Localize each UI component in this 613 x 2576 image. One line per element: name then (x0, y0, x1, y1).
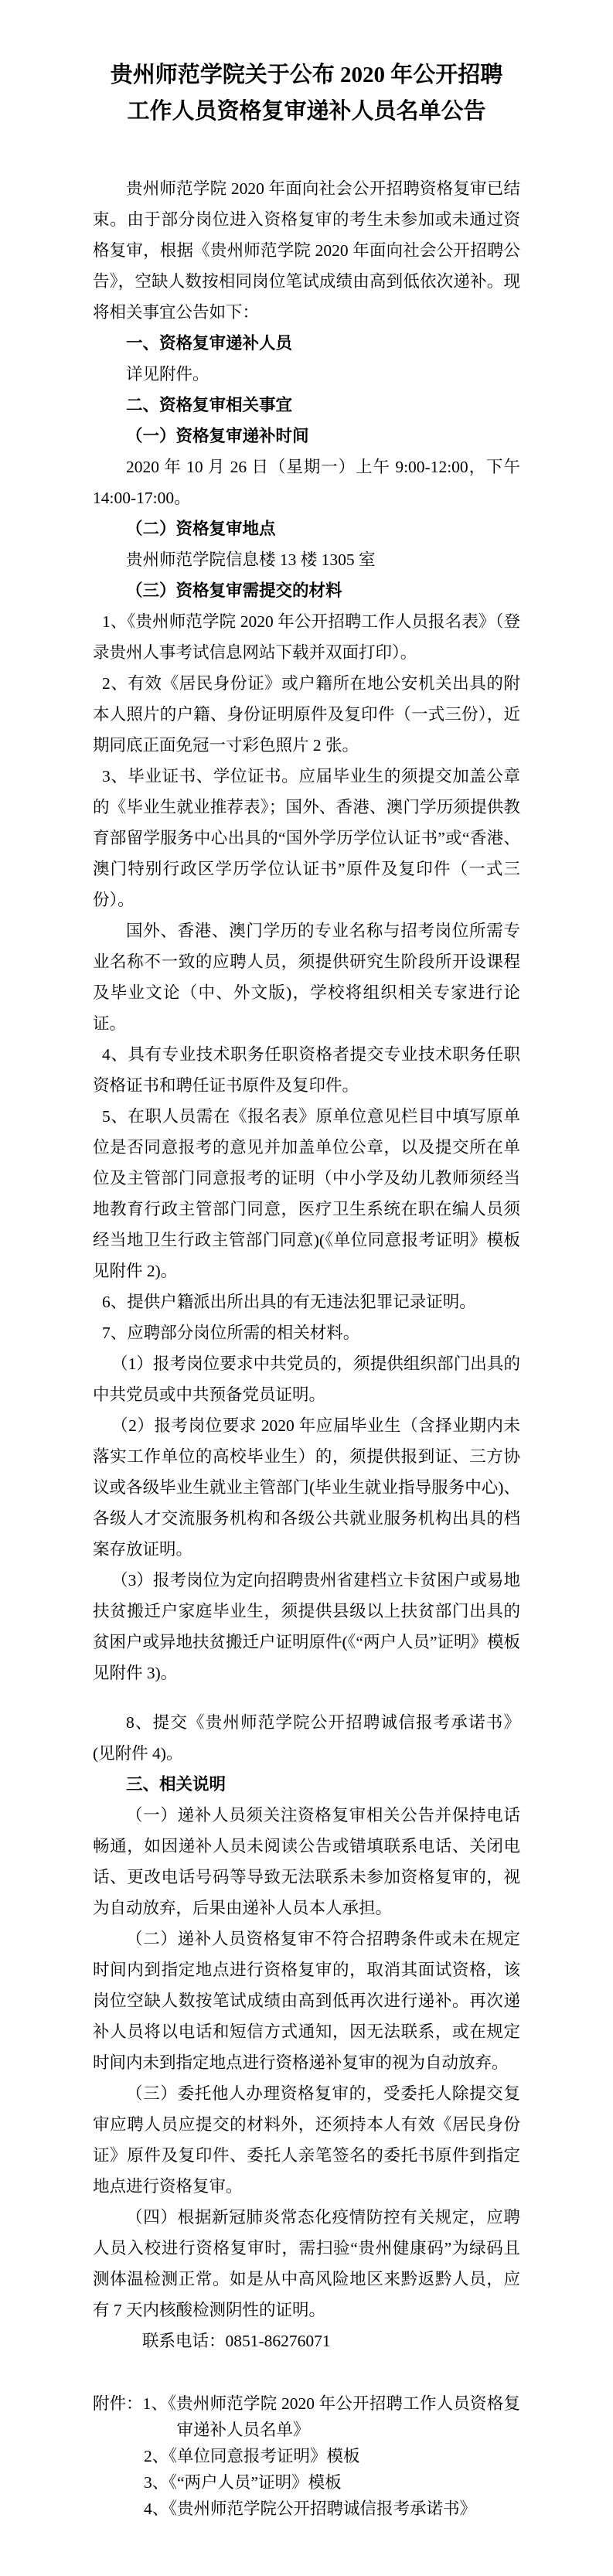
section-1-heading: 一、资格复审递补人员 (93, 328, 520, 359)
material-item-5: 5、在职人员需在《报名表》原单位意见栏目中填写原单位是否同意报考的意见并加盖单位… (93, 1101, 520, 1286)
material-item-7-3: （3）报考岗位为定向招聘贵州省建档立卡贫困户或易地扶贫搬迁户家庭毕业生，须提供县… (93, 1565, 520, 1688)
attachment-item-1: 1、《贵州师范学院 2020 年公开招聘工作人员资格复审递补人员名单》 (143, 2390, 520, 2443)
section-2-3-heading: （三）资格复审需提交的材料 (93, 575, 520, 606)
section-2-heading: 二、资格复审相关事宜 (93, 390, 520, 421)
note-item-4: （四）根据新冠肺炎常态化疫情防控有关规定，应聘人员入校进行资格复审时，需扫验“贵… (93, 2202, 520, 2326)
material-item-7-1: （1）报考岗位要求中共党员的，须提供组织部门出具的中共党员或中共预备党员证明。 (93, 1348, 520, 1410)
material-item-3: 3、毕业证书、学位证书。应届毕业生的须提交加盖公章的《毕业生就业推荐表》；国外、… (93, 761, 520, 915)
review-location: 贵州师范学院信息楼 13 楼 1305 室 (93, 544, 520, 575)
attachment-row-1: 附件： 1、《贵州师范学院 2020 年公开招聘工作人员资格复审递补人员名单》 (93, 2390, 520, 2443)
section-2-1-heading: （一）资格复审递补时间 (93, 421, 520, 451)
document-title-line-2: 工作人员资格复审递补人员名单公告 (93, 94, 520, 130)
see-attachment-note: 详见附件。 (93, 359, 520, 390)
material-item-8: 8、提交《贵州师范学院公开招聘诚信报考承诺书》(见附件 4)。 (93, 1707, 520, 1769)
note-item-3: （三）委托他人办理资格复审的，受委托人除提交复审应聘人员应提交的材料外，还须持本… (93, 2078, 520, 2202)
note-item-1: （一）递补人员须关注资格复审相关公告并保持电话畅通，如因递补人员未阅读公告或错填… (93, 1800, 520, 1923)
material-item-1: 1、《贵州师范学院 2020 年公开招聘工作人员报名表》（登录贵州人事考试信息网… (93, 606, 520, 668)
material-item-2: 2、有效《居民身份证》或户籍所在地公安机关出具的附本人照片的户籍、身份证明原件及… (93, 668, 520, 761)
intro-paragraph: 贵州师范学院 2020 年面向社会公开招聘资格复审已结束。由于部分岗位进入资格复… (93, 173, 520, 328)
document-title-line-1: 贵州师范学院关于公布 2020 年公开招聘 (93, 57, 520, 94)
attachments-label: 附件： (93, 2390, 143, 2417)
material-item-7-2: （2）报考岗位要求 2020 年应届毕业生（含择业期内未落实工作单位的高校毕业生… (93, 1410, 520, 1565)
attachment-item-2: 2、《单位同意报考证明》模板 (144, 2443, 520, 2469)
attachment-item-3: 3、《“两户人员”证明》模板 (144, 2469, 520, 2496)
material-item-6: 6、提供户籍派出所出具的有无违法犯罪记录证明。 (93, 1286, 520, 1317)
section-3-heading: 三、相关说明 (93, 1769, 520, 1800)
section-2-2-heading: （二）资格复审地点 (93, 513, 520, 544)
document-title: 贵州师范学院关于公布 2020 年公开招聘 工作人员资格复审递补人员名单公告 (93, 57, 520, 130)
attachments-list: 附件： 1、《贵州师范学院 2020 年公开招聘工作人员资格复审递补人员名单》 … (93, 2390, 520, 2522)
attachment-item-4: 4、《贵州师范学院公开招聘诚信报考承诺书》 (144, 2496, 520, 2522)
contact-phone: 联系电话：0851-86276071 (93, 2326, 520, 2356)
material-item-4: 4、具有专业技术职务任职资格者提交专业技术职务任职资格证书和聘任证书原件及复印件… (93, 1039, 520, 1101)
announcement-document: 贵州师范学院关于公布 2020 年公开招聘 工作人员资格复审递补人员名单公告 贵… (0, 0, 613, 2576)
material-item-3-note: 国外、香港、澳门学历的专业名称与招考岗位所需专业名称不一致的应聘人员，须提供研究… (93, 915, 520, 1039)
review-time: 2020 年 10 月 26 日（星期一）上午 9:00-12:00，下午 14… (93, 451, 520, 513)
material-item-7: 7、应聘部分岗位所需的相关材料。 (93, 1317, 520, 1348)
note-item-2: （二）递补人员资格复审不符合招聘条件或未在规定时间内到指定地点进行资格复审的，取… (93, 1923, 520, 2078)
